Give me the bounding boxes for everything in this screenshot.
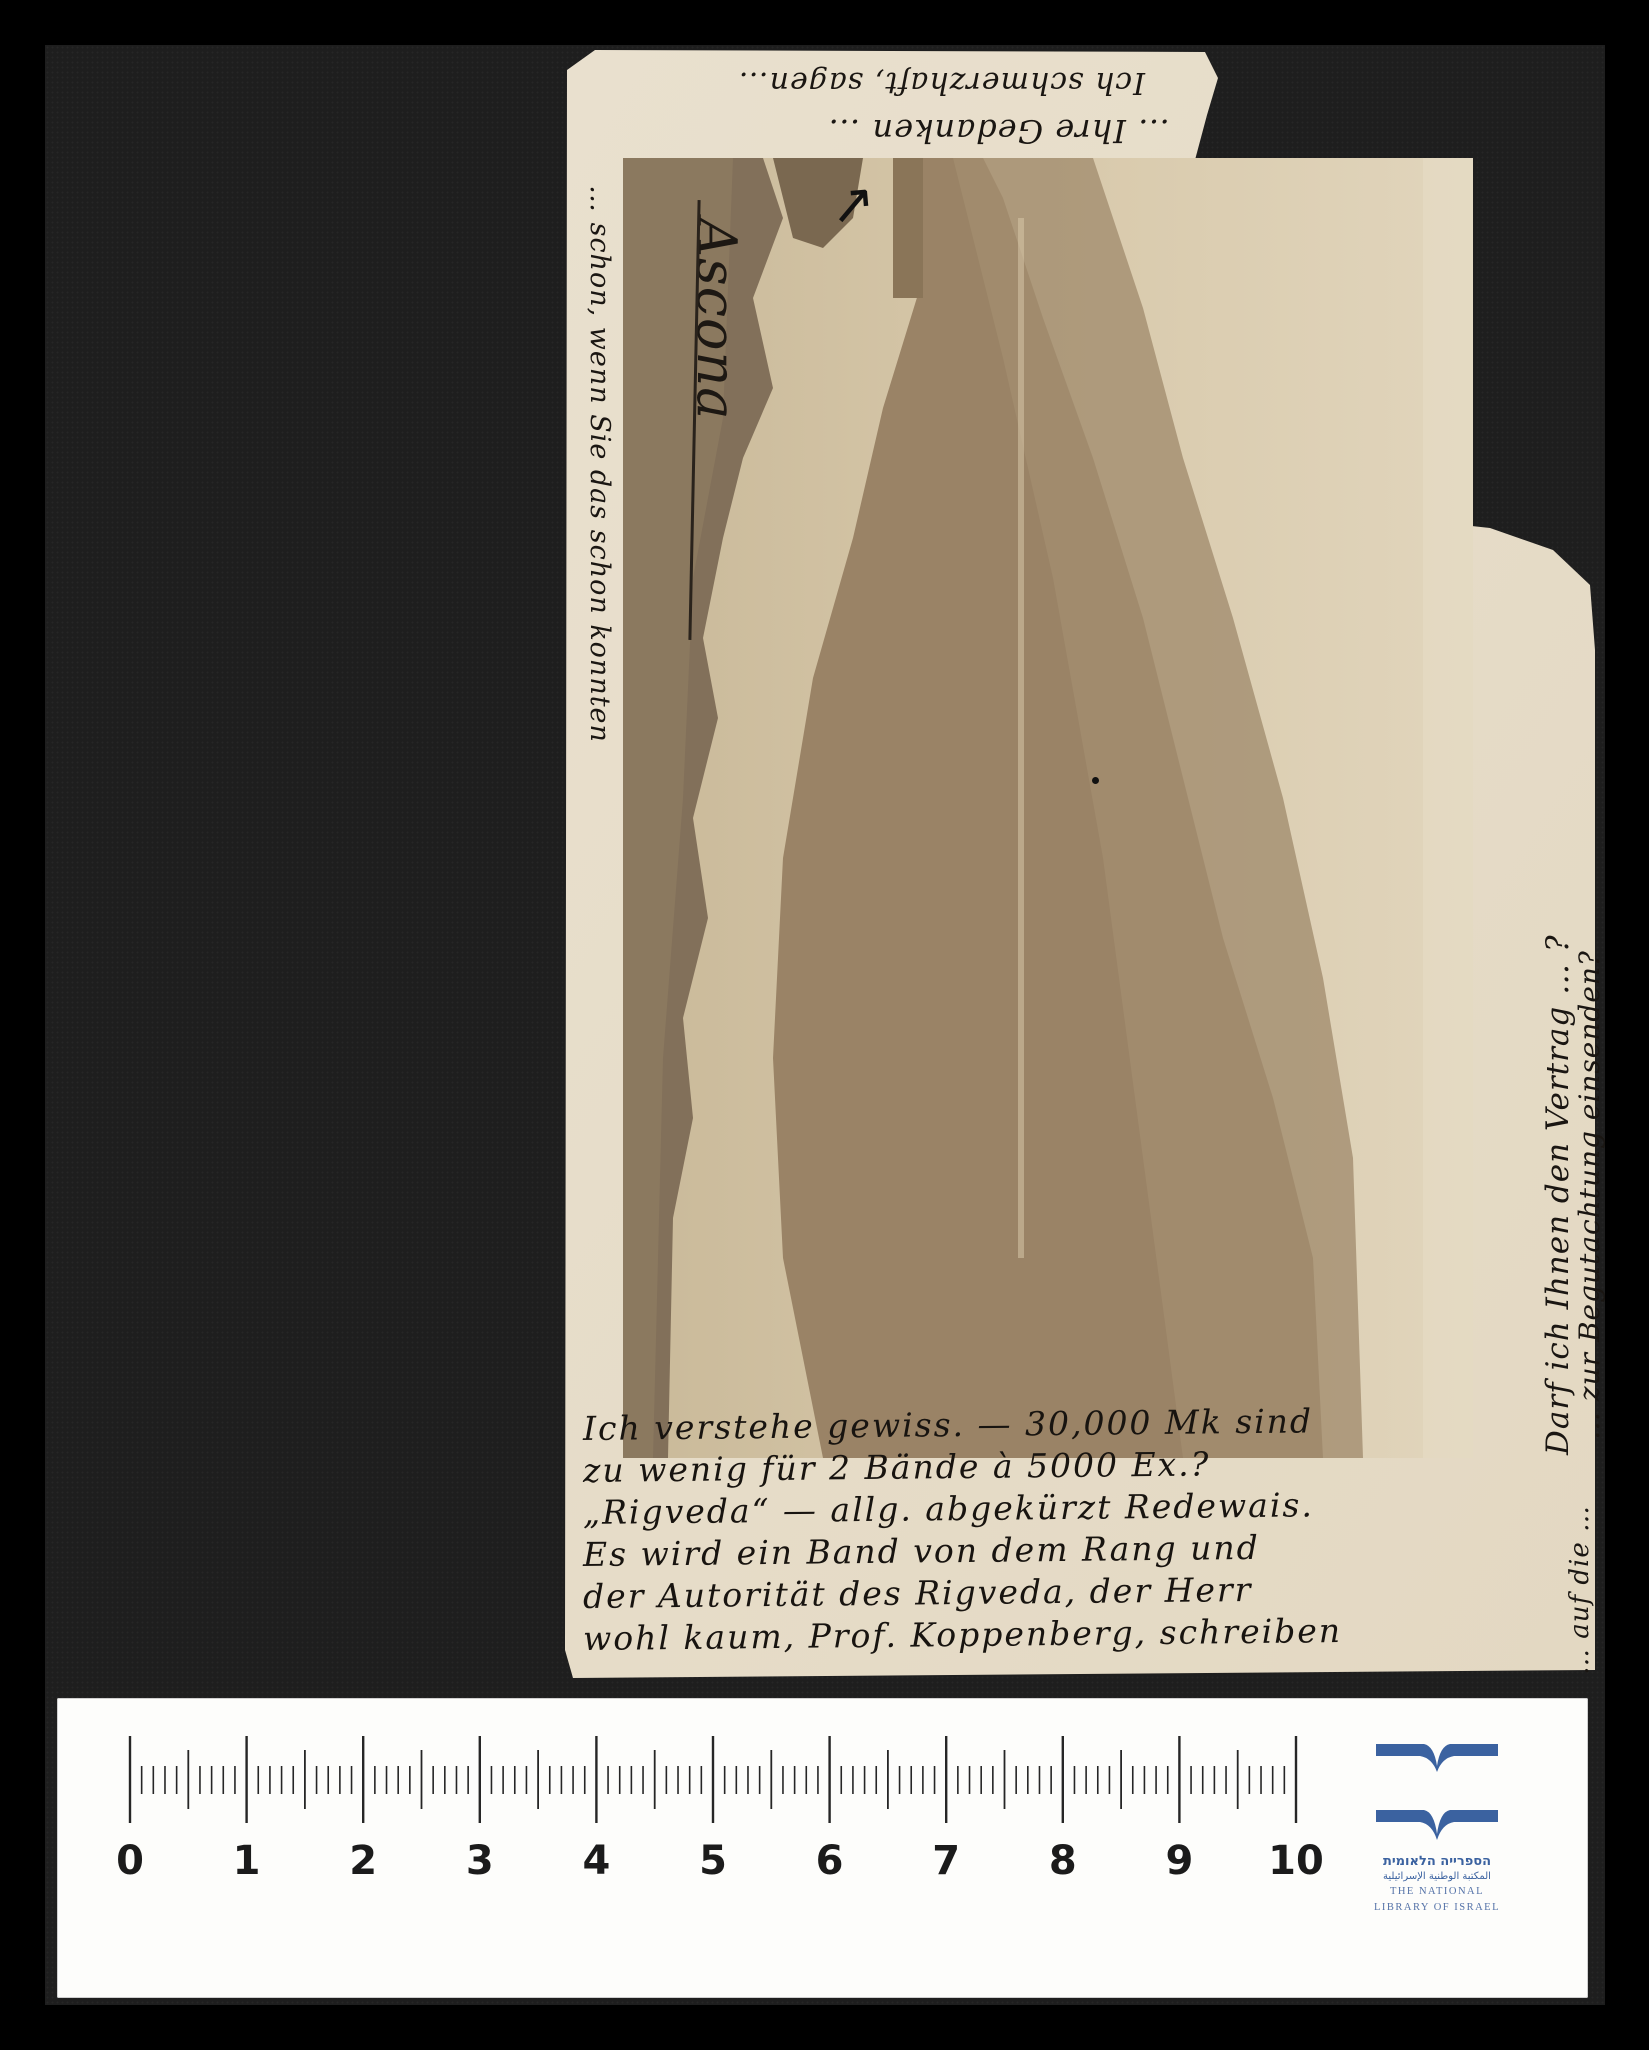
right-margin-line-2: … zur Begutachtung einsenden? — [1573, 950, 1606, 1440]
left-margin-text: … schon, wenn Sie das schon konnten — [584, 185, 615, 743]
sepia-photograph — [623, 158, 1473, 1458]
logo-arabic-name: المكتبة الوطنية الإسرائيلية — [1362, 1871, 1512, 1882]
top-margin-line-2: … Ihre Gedanken … — [827, 112, 1170, 150]
ruler-label-10: 10 — [1268, 1838, 1324, 1884]
ruler-label-9: 9 — [1165, 1838, 1193, 1884]
ruler-label-0: 0 — [116, 1838, 144, 1884]
ruler-label-1: 1 — [233, 1838, 261, 1884]
logo-english-name-2: LIBRARY OF ISRAEL — [1362, 1901, 1512, 1914]
message-line-6: wohl kaum, Prof. Koppenberg, schreiben — [583, 1608, 1573, 1660]
lake-landscape-image — [623, 158, 1473, 1458]
logo-hebrew-name: הספרייה הלאומית — [1362, 1854, 1512, 1869]
measurement-scale: 012345678910 הספרייה הלאומית المكتبة الو… — [57, 1698, 1588, 1998]
national-library-logo: הספרייה הלאומית المكتبة الوطنية الإسرائي… — [1362, 1738, 1512, 1914]
ruler-label-6: 6 — [816, 1838, 844, 1884]
ruler-label-4: 4 — [582, 1838, 610, 1884]
right-margin-line-1: Darf ich Ihnen den Vertrag … ? — [1540, 934, 1576, 1455]
ink-spot — [1092, 777, 1099, 784]
logo-english-name-1: THE NATIONAL — [1362, 1885, 1512, 1898]
top-margin-line-1: Ich schmerzhaft, sagen… — [738, 65, 1145, 100]
ruler-label-5: 5 — [699, 1838, 727, 1884]
open-book-logo-icon — [1374, 1738, 1500, 1848]
ruler-label-2: 2 — [349, 1838, 377, 1884]
ruler-label-7: 7 — [932, 1838, 960, 1884]
ruler-label-3: 3 — [466, 1838, 494, 1884]
handwritten-message: Ich verstehe gewiss. — 30,000 Mk sind zu… — [583, 1408, 1573, 1660]
ruler-label-8: 8 — [1049, 1838, 1077, 1884]
postcard: Ascona ↑ Ich schmerzhaft, sagen… … Ihre … — [565, 50, 1605, 1678]
